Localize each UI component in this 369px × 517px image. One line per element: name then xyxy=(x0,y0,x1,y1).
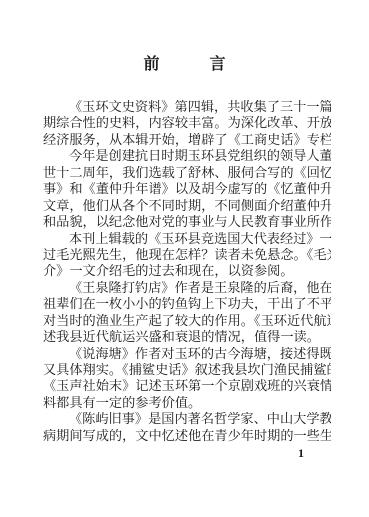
text-line: 世十二周年，我们选载了舒林、服伺合写的《回忆父亲几件 xyxy=(43,166,331,182)
preface-body: 《玉环文史资料》第四辑，共收集了三十一篇文章，是一期综合性的史料，内容较丰富。为… xyxy=(43,100,331,445)
text-line: 述我县近代航运兴盛和衰退的情况，值得一读。 xyxy=(43,330,331,346)
page-number: 1 xyxy=(298,446,304,461)
text-line: 《玉环文史资料》第四辑，共收集了三十一篇文章，是一 xyxy=(43,100,331,116)
text-line: 又具体翔实。《捕鲨史话》叙述我县坎门渔民捕鲨的经过； xyxy=(43,363,331,379)
text-line: 《陈屿旧事》是国内著名哲学家、中山大学教授刘嵘在患 xyxy=(43,412,331,428)
text-line: 期综合性的史料，内容较丰富。为深化改革、开放、搞活玉环 xyxy=(43,116,331,132)
title-char-1: 前 xyxy=(143,54,159,74)
text-line: 祖辈们在一枚小小的钓鱼钩上下功夫，干出了不平凡的事业， xyxy=(43,297,331,313)
text-line: 介》一文介绍毛的过去和现在，以资参阅。 xyxy=(43,264,331,280)
text-line: 事》和《董仲升年谱》以及胡今虚写的《忆董仲升同志》三篇 xyxy=(43,182,331,198)
text-line: 《玉声社始末》记述玉环第一个京剧戏班的兴衰情况，这些史 xyxy=(43,379,331,395)
text-line: 病期间写成的，文中忆述他在青少年时期的一些生活片断，难 xyxy=(43,429,331,445)
text-line: 《王泉隆打钓店》作者是王泉隆的后裔，他在文中历述了 xyxy=(43,281,331,297)
page-title: 前言 xyxy=(0,54,369,74)
text-line: 过毛光熙先生，他现在怎样？读者未免悬念。《毛光熙先生简 xyxy=(43,248,331,264)
text-line: 《说海塘》作者对玉环的古今海塘，接述得既内容丰富， xyxy=(43,347,331,363)
text-line: 料都具有一定的参考价值。 xyxy=(43,396,331,412)
text-line: 今年是创建抗日时期玉环县党组织的领导人董仲升同志逝 xyxy=(43,149,331,165)
title-char-2: 言 xyxy=(210,54,226,74)
text-line: 文章，他们从各个不同时期，不同侧面介绍董仲升同志的风范 xyxy=(43,199,331,215)
text-line: 本刊上辑载的《玉环县竞选国大代表经过》一文，曾介绍 xyxy=(43,232,331,248)
text-line: 对当时的渔业生产起了较大的作用。《玉环近代航运简况》记 xyxy=(43,314,331,330)
text-line: 和品貌，以纪念他对党的事业与人民教育事业所作的贡献。 xyxy=(43,215,331,231)
text-line: 经济服务，从本辑开始，增辟了《工商史话》专栏。 xyxy=(43,133,331,149)
